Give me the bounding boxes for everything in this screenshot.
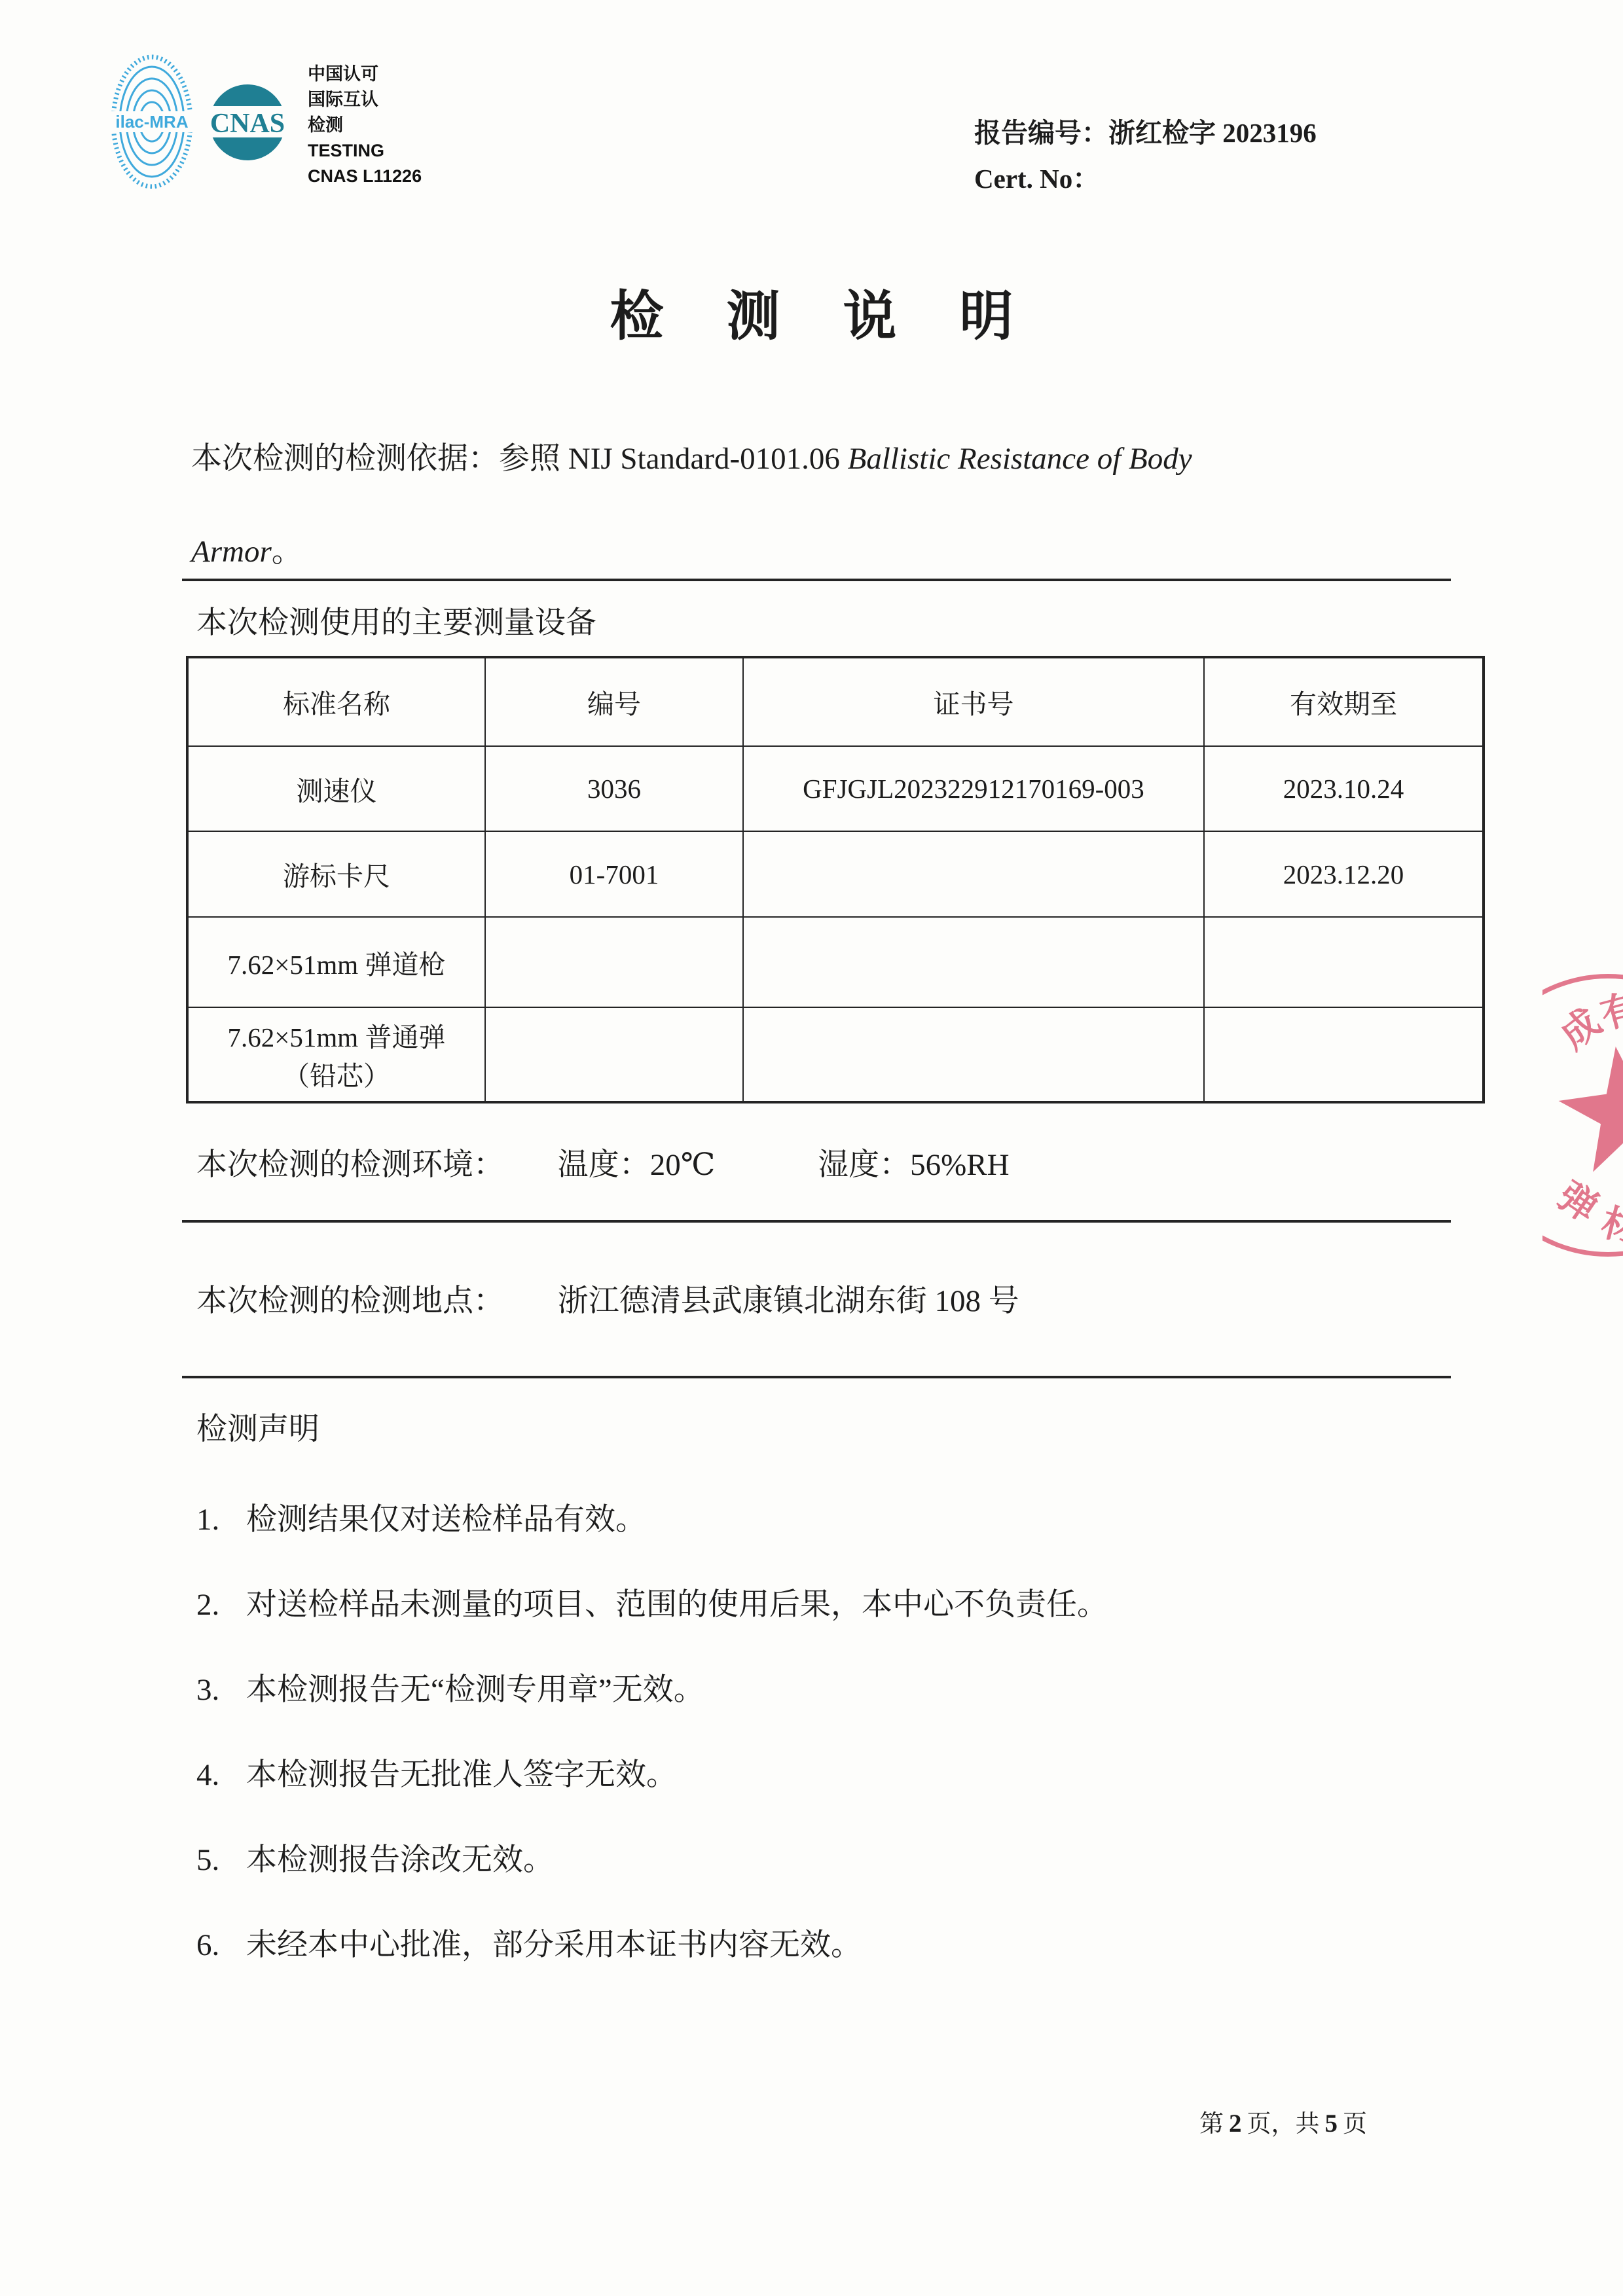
accreditation-text: 中国认可 国际互认 检测 TESTING CNAS L11226: [308, 62, 422, 189]
declaration-item: 6. 未经本中心批准，部分采用本证书内容无效。: [196, 1924, 1453, 1966]
environment-label: 本次检测的检测环境：: [196, 1148, 504, 1182]
basis-lead-text: 本次检测的检测依据：参照 NIJ Standard-0101.06: [191, 442, 848, 476]
equipment-table-header-row: 标准名称 编号 证书号 有效期至: [187, 657, 1484, 746]
item-number: 1.: [196, 1499, 246, 1541]
table-cell: 测速仪: [187, 746, 485, 831]
declaration-item: 1. 检测结果仅对送检样品有效。: [196, 1499, 1453, 1541]
temperature-label: 温度：: [558, 1148, 650, 1182]
ilac-mra-logo: ilac-MRA: [110, 52, 194, 191]
table-header-serial: 编号: [485, 657, 743, 746]
report-number-value: 浙红检字 2023196: [1108, 118, 1317, 148]
stamp-character: 材: [1597, 1191, 1623, 1254]
location-row: 本次检测的检测地点： 浙江德清县武康镇北湖东街 108 号: [196, 1276, 1019, 1320]
cert-number-line: Cert. No：: [974, 156, 1317, 202]
table-header-valid-until: 有效期至: [1204, 657, 1484, 746]
table-row: 7.62×51mm 弹道枪: [187, 917, 1484, 1007]
declaration-heading: 检测声明: [196, 1405, 319, 1448]
humidity-value: 56%RH: [910, 1148, 1009, 1182]
equipment-section-heading: 本次检测使用的主要测量设备: [196, 598, 596, 642]
table-cell: [743, 831, 1204, 917]
item-number: 6.: [196, 1924, 246, 1966]
table-cell: [485, 917, 743, 1007]
horizontal-rule: [182, 579, 1451, 581]
item-text: 本检测报告涂改无效。: [246, 1839, 554, 1881]
accreditation-line: 国际互认: [308, 87, 422, 113]
stamp-character: 有: [1594, 977, 1623, 1039]
scanned-report-page: ilac-MRA CNAS 中国认可 国际互认 检测 TESTING CNAS …: [0, 0, 1623, 2296]
stamp-character: 成: [1546, 993, 1610, 1060]
item-number: 4.: [196, 1754, 246, 1796]
accreditation-line: TESTING: [308, 138, 422, 164]
location-value: 浙江德清县武康镇北湖东街 108 号: [558, 1284, 1019, 1318]
table-row: 测速仪 3036 GFJGJL202322912170169-003 2023.…: [187, 746, 1484, 831]
basis-standard-name-line2: Armor: [191, 535, 272, 569]
basis-standard-name-line1: Ballistic Resistance of Body: [848, 442, 1192, 476]
location-label: 本次检测的检测地点：: [196, 1284, 504, 1318]
report-number-label: 报告编号：: [974, 118, 1108, 148]
item-number: 2.: [196, 1584, 246, 1626]
stamp-star-icon: [1553, 1041, 1623, 1185]
report-header: 报告编号：浙红检字 2023196 Cert. No：: [974, 110, 1317, 202]
environment-row: 本次检测的检测环境： 温度：20℃ 湿度：56%RH: [196, 1140, 1010, 1184]
declaration-item: 5. 本检测报告涂改无效。: [196, 1839, 1453, 1881]
table-cell: 7.62×51mm 普通弹 （铅芯）: [187, 1007, 485, 1102]
item-text: 本检测报告无“检测专用章”无效。: [246, 1669, 704, 1711]
footer-page-number: 2: [1229, 2109, 1242, 2138]
footer-text: 页: [1343, 2111, 1367, 2138]
declaration-item: 2. 对送检样品未测量的项目、范围的使用后果，本中心不负责任。: [196, 1584, 1453, 1626]
table-cell: 2023.12.20: [1204, 831, 1484, 917]
table-cell: [743, 1007, 1204, 1102]
cnas-logo: CNAS: [207, 58, 288, 187]
page-footer: 第2页，共5页: [1199, 2104, 1367, 2139]
table-cell: [1204, 1007, 1484, 1102]
horizontal-rule: [182, 1220, 1451, 1223]
declaration-item: 4. 本检测报告无批准人签字无效。: [196, 1754, 1453, 1796]
item-text: 未经本中心批准，部分采用本证书内容无效。: [246, 1924, 862, 1966]
basis-period: 。: [272, 535, 302, 569]
equipment-table: 标准名称 编号 证书号 有效期至 测速仪 3036 GFJGJL20232291…: [186, 656, 1485, 1103]
ilac-mra-label: ilac-MRA: [115, 112, 188, 132]
table-row: 7.62×51mm 普通弹 （铅芯）: [187, 1007, 1484, 1102]
item-text: 本检测报告无批准人签字无效。: [246, 1754, 677, 1796]
footer-text: 第: [1199, 2111, 1224, 2138]
item-text: 检测结果仅对送检样品有效。: [246, 1499, 646, 1541]
accreditation-logos: ilac-MRA CNAS 中国认可 国际互认 检测 TESTING CNAS …: [110, 52, 422, 191]
horizontal-rule: [182, 1376, 1451, 1378]
declaration-list: 1. 检测结果仅对送检样品有效。 2. 对送检样品未测量的项目、范围的使用后果，…: [196, 1499, 1453, 2009]
temperature-value: 20℃: [650, 1148, 716, 1182]
humidity-label: 湿度：: [818, 1148, 910, 1182]
table-row: 游标卡尺 01-7001 2023.12.20: [187, 831, 1484, 917]
table-cell: 01-7001: [485, 831, 743, 917]
table-cell: [1204, 917, 1484, 1007]
page-title: 检测说明: [0, 274, 1623, 350]
accreditation-line: 检测: [308, 113, 422, 138]
report-number-line: 报告编号：浙红检字 2023196: [974, 110, 1317, 156]
table-cell: [485, 1007, 743, 1102]
cnas-label: CNAS: [210, 109, 285, 139]
item-text: 对送检样品未测量的项目、范围的使用后果，本中心不负责任。: [246, 1584, 1108, 1626]
table-cell: GFJGJL202322912170169-003: [743, 746, 1204, 831]
stamp-circle-border: [1542, 974, 1623, 1257]
declaration-item: 3. 本检测报告无“检测专用章”无效。: [196, 1669, 1453, 1711]
item-number: 3.: [196, 1669, 246, 1711]
stamp-character: 弹: [1548, 1166, 1611, 1232]
item-number: 5.: [196, 1839, 246, 1881]
accreditation-line: CNAS L11226: [308, 164, 422, 189]
table-cell: [743, 917, 1204, 1007]
accreditation-line: 中国认可: [308, 62, 422, 87]
table-header-certificate: 证书号: [743, 657, 1204, 746]
table-cell: 7.62×51mm 弹道枪: [187, 917, 485, 1007]
table-cell: 3036: [485, 746, 743, 831]
red-stamp: 成 有 弹 材: [1542, 961, 1623, 1276]
table-cell: 2023.10.24: [1204, 746, 1484, 831]
footer-total-pages: 5: [1325, 2109, 1338, 2138]
test-basis-paragraph: 本次检测的检测依据：参照 NIJ Standard-0101.06 Ballis…: [191, 412, 1445, 598]
table-header-device-name: 标准名称: [187, 657, 485, 746]
footer-text: 页，共: [1247, 2111, 1320, 2138]
table-cell: 游标卡尺: [187, 831, 485, 917]
